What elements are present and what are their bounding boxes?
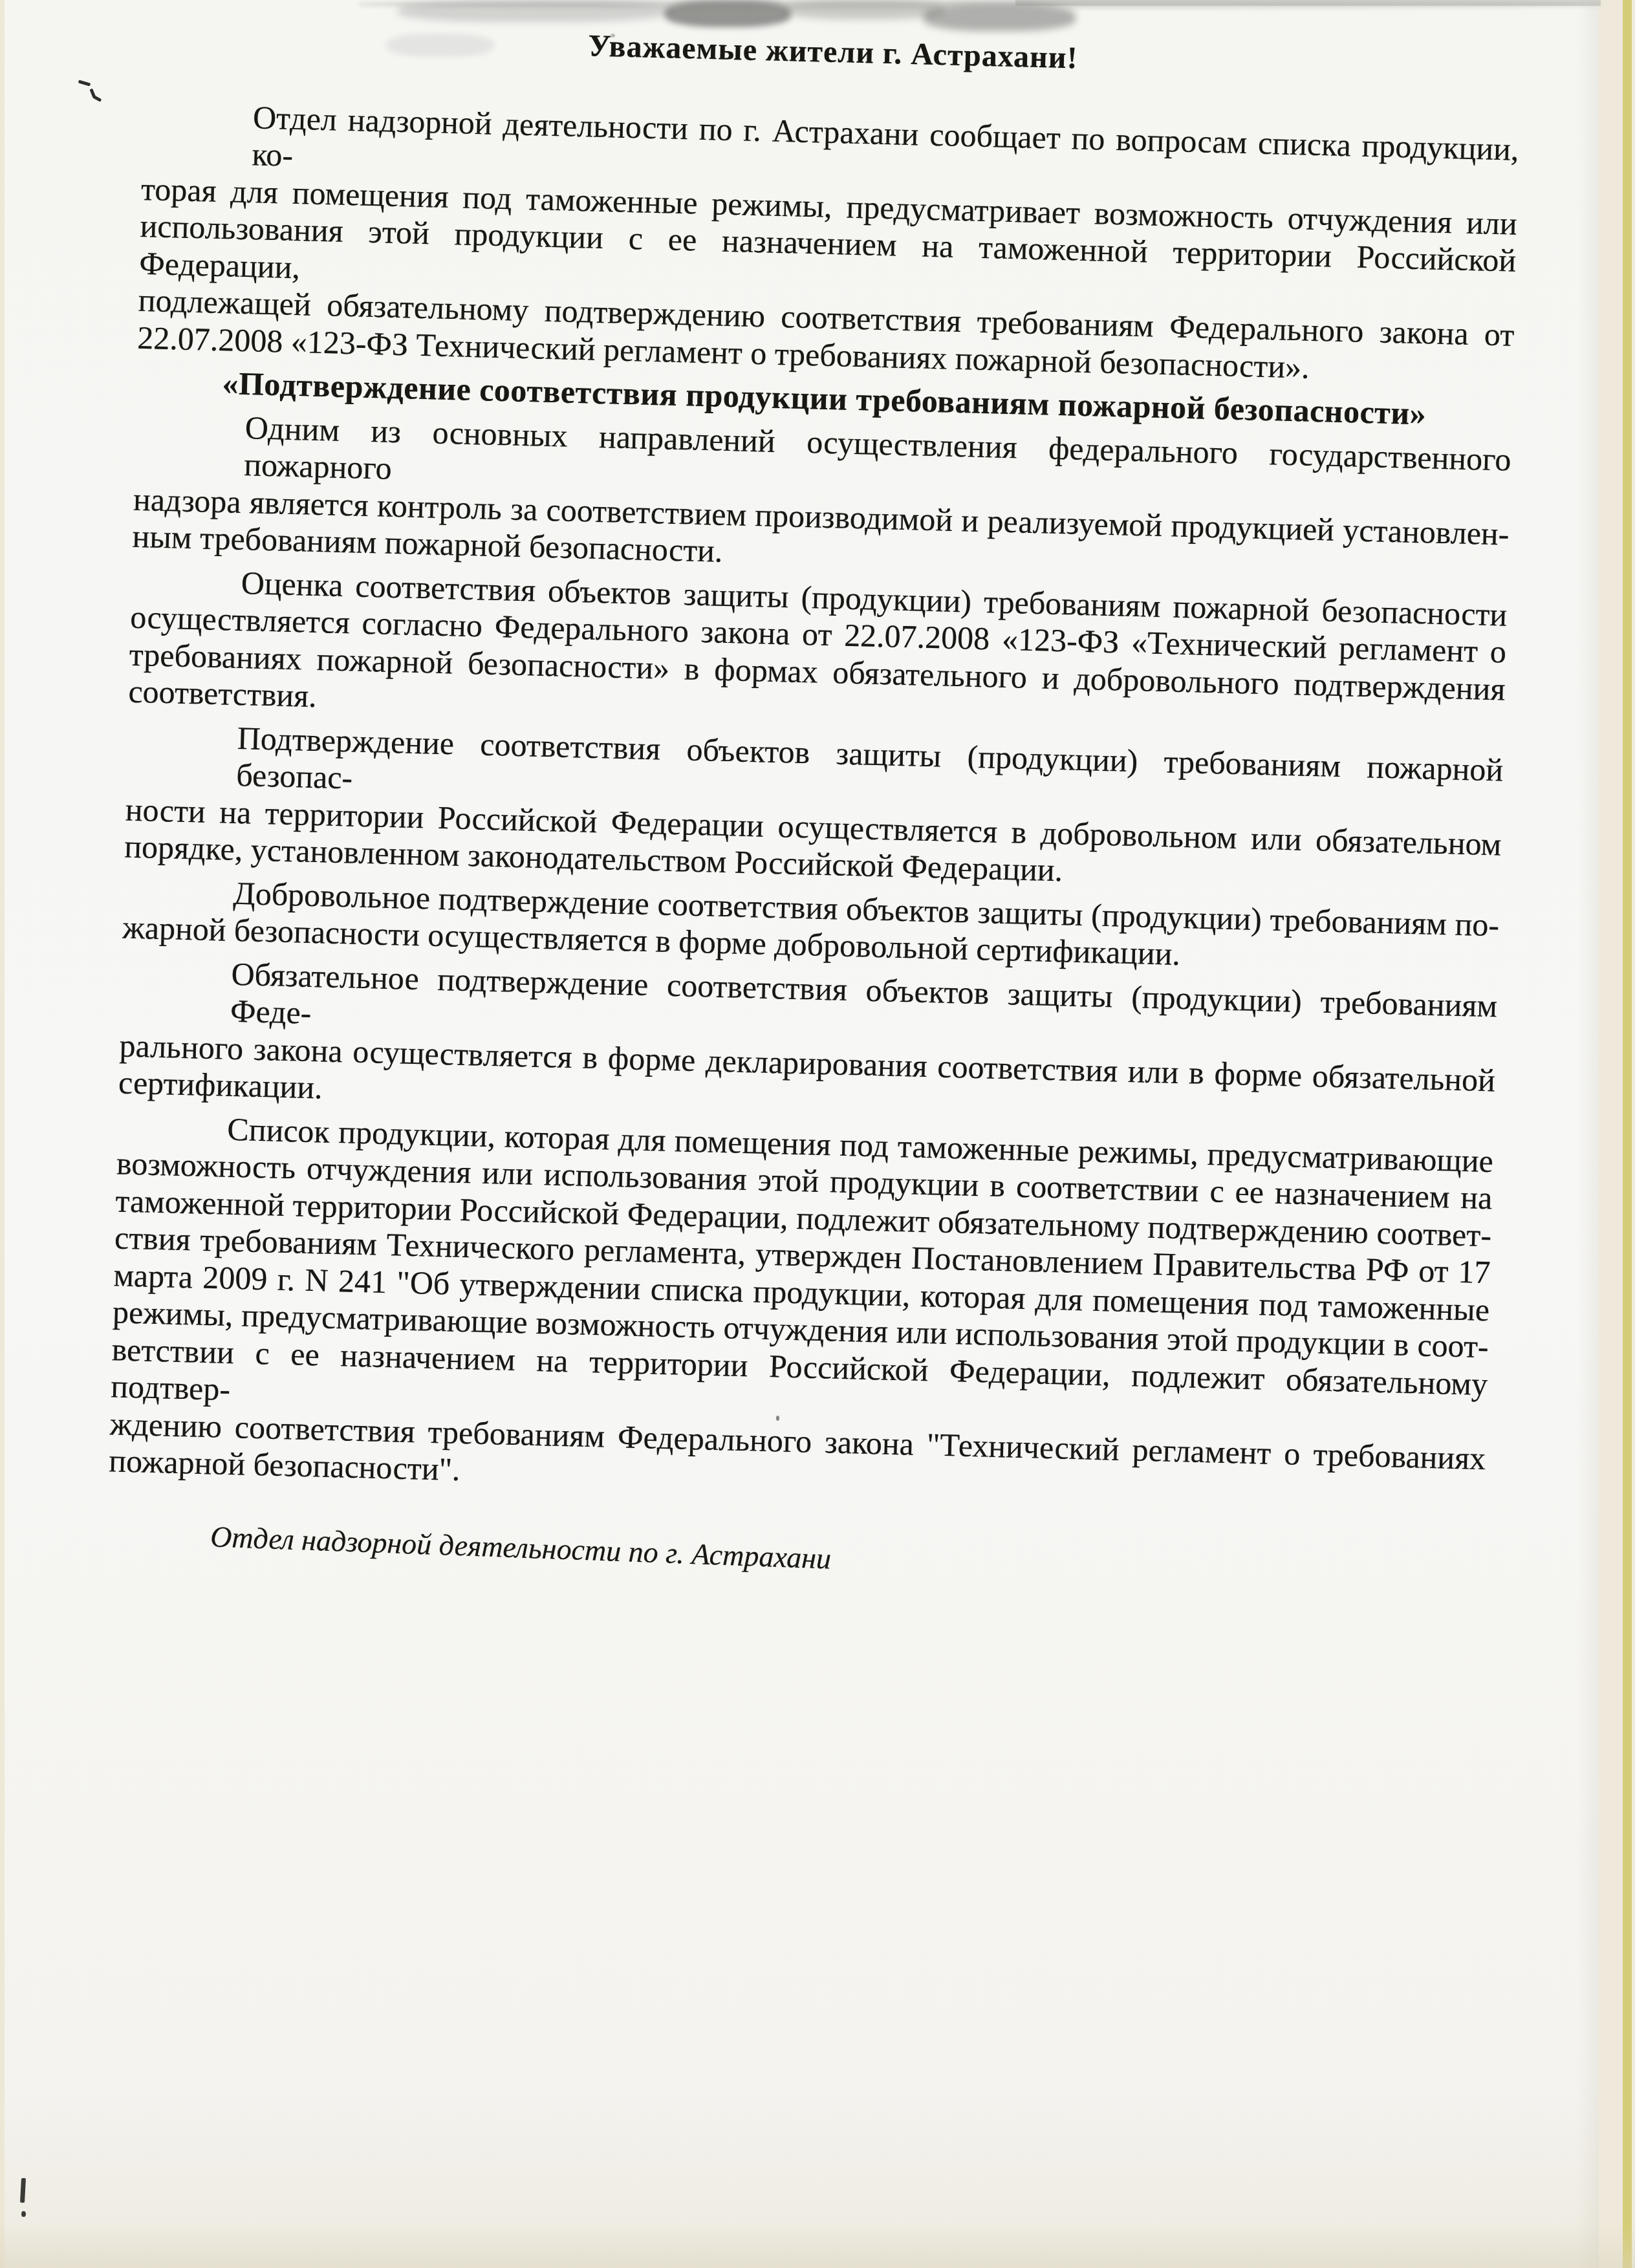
scan-edge-sliver bbox=[1632, 0, 1635, 2268]
scan-edge-line bbox=[1623, 0, 1632, 2268]
pen-mark bbox=[78, 80, 91, 86]
scan-smudge bbox=[359, 0, 1601, 8]
paper-bottom-shade bbox=[0, 2223, 1635, 2268]
signature: Отдел надзорной деятельности по г. Астра… bbox=[210, 1518, 1051, 1585]
paragraph: Список продукции, которая для помещения … bbox=[109, 1108, 1494, 1515]
document-body: Отдел надзорной деятельности по г. Астра… bbox=[109, 96, 1519, 1514]
paragraph: Отдел надзорной деятельности по г. Астра… bbox=[137, 96, 1520, 391]
paragraph: Одним из основных направлений осуществле… bbox=[132, 406, 1511, 590]
scan-left-edge bbox=[0, 0, 5, 2268]
exclamation-mark-dot bbox=[21, 2211, 26, 2217]
paragraph: Обязательное подтверждение соответствия … bbox=[118, 953, 1498, 1136]
scanned-page: { "document": { "title": "Уважаемые жите… bbox=[0, 0, 1635, 2268]
paragraph: Оценка соответствия объектов защиты (про… bbox=[128, 561, 1508, 745]
paragraph: Подтверждение соответствия объектов защи… bbox=[124, 717, 1504, 900]
pen-mark bbox=[93, 95, 102, 102]
exclamation-mark bbox=[20, 2178, 26, 2203]
paper-shadow bbox=[1577, 0, 1599, 2268]
document: Уважаемые жители г. Астрахани! Отдел над… bbox=[107, 16, 1521, 1587]
document-title: Уважаемые жители г. Астрахани! bbox=[145, 16, 1522, 88]
